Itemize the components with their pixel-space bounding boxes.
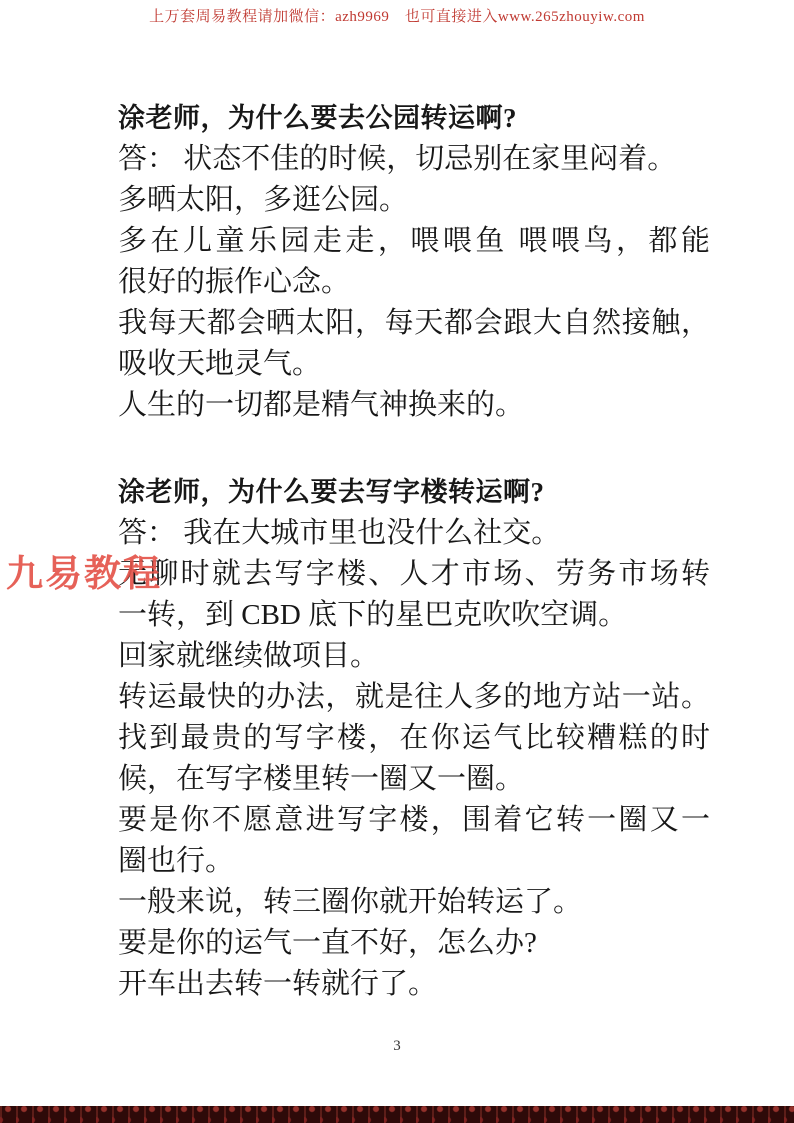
body-line: 开车出去转一转就行了。: [118, 964, 710, 1005]
section-heading: 涂老师，为什么要去写字楼转运啊?: [118, 472, 710, 513]
body-line: 要是你不愿意进写字楼，围着它转一圈又一: [118, 800, 710, 841]
body-line: 无聊时就去写字楼、人才市场、劳务市场转: [118, 554, 710, 595]
body-line: 转运最快的办法，就是往人多的地方站一站。: [118, 677, 710, 718]
body-line: 圈也行。: [118, 841, 710, 882]
body-line: 人生的一切都是精气神换来的。: [118, 385, 710, 426]
body-line: 要是你的运气一直不好，怎么办?: [118, 923, 710, 964]
page-number: 3: [0, 1038, 794, 1055]
document-page: 上万套周易教程请加微信：azh9969 也可直接进入www.265zhouyiw…: [0, 0, 794, 1123]
body-line: 找到最贵的写字楼，在你运气比较糟糕的时: [118, 718, 710, 759]
body-line: 很好的振作心念。: [118, 262, 710, 303]
header-notice-text: 上万套周易教程请加微信：azh9969 也可直接进入www.265zhouyiw…: [0, 5, 794, 26]
body-line: 多晒太阳，多逛公园。: [118, 180, 710, 221]
body-line: 答： 状态不佳的时候，切忌别在家里闷着。: [118, 139, 710, 180]
body-line: 一转，到 CBD 底下的星巴克吹吹空调。: [118, 595, 710, 636]
body-line: 答： 我在大城市里也没什么社交。: [118, 513, 710, 554]
body-line: 多在儿童乐园走走，喂喂鱼 喂喂鸟，都能: [118, 221, 710, 262]
watermark-text: 九易教程: [6, 543, 162, 597]
body-line: 我每天都会晒太阳，每天都会跟大自然接触，: [118, 303, 710, 344]
body-line: 回家就继续做项目。: [118, 636, 710, 677]
section-heading: 涂老师，为什么要去公园转运啊?: [118, 98, 710, 139]
body-line: 一般来说，转三圈你就开始转运了。: [118, 882, 710, 923]
body-line: 吸收天地灵气。: [118, 344, 710, 385]
body-line: 候，在写字楼里转一圈又一圈。: [118, 759, 710, 800]
body-text-column: 涂老师，为什么要去公园转运啊?答： 状态不佳的时候，切忌别在家里闷着。多晒太阳，…: [118, 98, 710, 1005]
section-gap: [118, 426, 710, 472]
footer-ornament-border: [0, 1106, 794, 1123]
